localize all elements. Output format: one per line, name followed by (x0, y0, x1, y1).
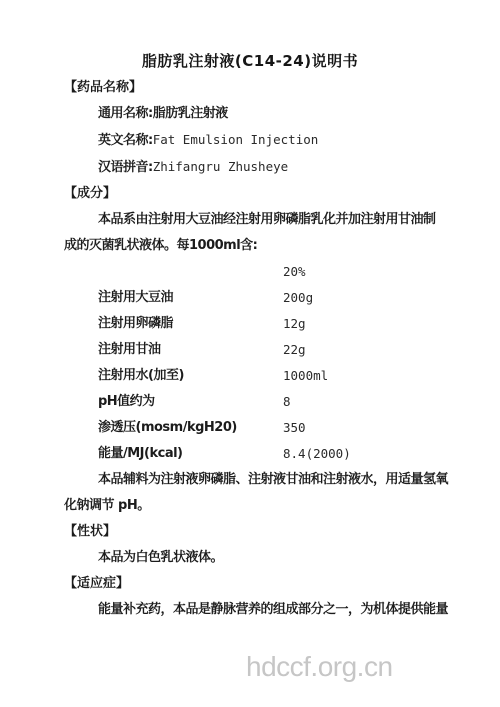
generic-name-label: 通用名称: (98, 106, 153, 121)
section-header-composition: 【成分】 (64, 181, 460, 207)
section-header-drug-name: 【药品名称】 (64, 75, 460, 101)
package-insert-page: 脂肪乳注射液(C14-24)说明书 【药品名称】 通用名称:脂肪乳注射液 英文名… (0, 0, 500, 707)
english-name-value: Fat Emulsion Injection (153, 132, 319, 147)
composition-table-row: 注射用卵磷脂 12g (64, 311, 460, 337)
ingredient-name (98, 259, 283, 285)
section-header-indications: 【适应症】 (64, 571, 460, 597)
generic-name-value: 脂肪乳注射液 (153, 106, 228, 121)
document-body: 【药品名称】 通用名称:脂肪乳注射液 英文名称:Fat Emulsion Inj… (64, 75, 460, 623)
english-name-line: 英文名称:Fat Emulsion Injection (64, 127, 460, 154)
indications-text: 能量补充药，本品是静脉营养的组成部分之一，为机体提供能量 (64, 597, 460, 623)
composition-table-row: 注射用水(加至) 1000ml (64, 363, 460, 389)
ingredient-name: 注射用水(加至) (98, 363, 283, 389)
pinyin-name-line: 汉语拼音:Zhifangru Zhusheye (64, 154, 460, 181)
composition-intro-line-2: 成的灭菌乳状液体。每1000ml含: (64, 233, 460, 259)
composition-table-row: 注射用甘油 22g (64, 337, 460, 363)
composition-table-row: 能量/MJ(kcal) 8.4(2000) (64, 441, 460, 467)
ingredient-name: 注射用甘油 (98, 337, 283, 363)
document-title: 脂肪乳注射液(C14-24)说明书 (0, 50, 500, 71)
property-name: pH值约为 (98, 389, 283, 415)
excipients-note-line-2: 化钠调节 pH。 (64, 493, 460, 519)
pinyin-name-value: Zhifangru Zhusheye (153, 159, 288, 174)
english-name-label: 英文名称: (98, 133, 153, 148)
ingredient-name: 注射用卵磷脂 (98, 311, 283, 337)
site-watermark: hdccf.org.cn (246, 651, 393, 683)
properties-text: 本品为白色乳状液体。 (64, 545, 460, 571)
section-header-properties: 【性状】 (64, 519, 460, 545)
property-value: 8 (283, 389, 460, 415)
property-name: 渗透压(mosm/kgH20) (98, 415, 283, 441)
ingredient-amount: 22g (283, 337, 460, 363)
composition-table-row: 注射用大豆油 200g (64, 285, 460, 311)
property-value: 350 (283, 415, 460, 441)
ingredient-amount: 200g (283, 285, 460, 311)
ingredient-name: 注射用大豆油 (98, 285, 283, 311)
composition-table-row: pH值约为 8 (64, 389, 460, 415)
composition-intro-line-1: 本品系由注射用大豆油经注射用卵磷脂乳化并加注射用甘油制 (64, 207, 460, 233)
property-value: 8.4(2000) (283, 441, 460, 467)
generic-name-line: 通用名称:脂肪乳注射液 (64, 101, 460, 127)
pinyin-name-label: 汉语拼音: (98, 160, 153, 175)
ingredient-amount: 20% (283, 259, 460, 285)
composition-table-row: 20% (64, 259, 460, 285)
excipients-note-line-1: 本品辅料为注射液卵磷脂、注射液甘油和注射液水，用适量氢氧 (64, 467, 460, 493)
ingredient-amount: 12g (283, 311, 460, 337)
ingredient-amount: 1000ml (283, 363, 460, 389)
composition-table-row: 渗透压(mosm/kgH20) 350 (64, 415, 460, 441)
property-name: 能量/MJ(kcal) (98, 441, 283, 467)
